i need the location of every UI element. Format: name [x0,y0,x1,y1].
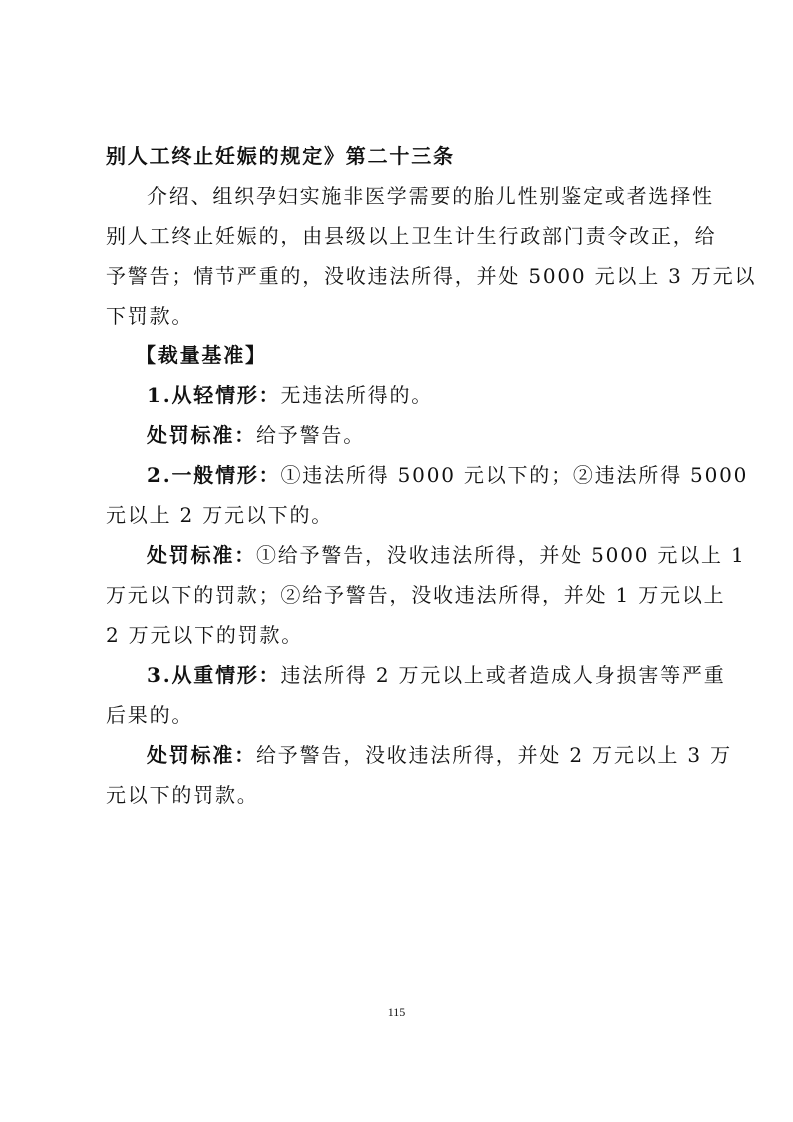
item-label: 3.从重情形： [147,663,280,687]
item-text: 违法所得 2 万元以上或者造成人身损害等严重 [280,663,725,687]
item-2-penalty: 处罚标准：①给予警告，没收违法所得，并处 5000 元以上 1 [147,539,746,571]
article-line: 予警告；情节严重的，没收违法所得，并处 5000 元以上 3 万元以 [106,260,756,292]
article-line: 介绍、组织孕妇实施非医学需要的胎儿性别鉴定或者选择性 [147,180,714,212]
item-label: 1.从轻情形： [147,383,280,407]
heading-continuation: 别人工终止妊娠的规定》第二十三条 [106,140,455,172]
item-3-line: 3.从重情形：违法所得 2 万元以上或者造成人身损害等严重 [147,659,726,691]
item-2-line: 2.一般情形：①违法所得 5000 元以下的；②违法所得 5000 [147,459,748,491]
item-text: 无违法所得的。 [280,383,433,407]
article-line: 下罚款。 [106,300,193,332]
page-number: 115 [0,1005,793,1020]
penalty-text: 元以下的罚款。 [106,779,259,811]
item-text: ①违法所得 5000 元以下的；②违法所得 5000 [280,463,748,487]
penalty-text: 给予警告。 [256,423,365,447]
penalty-text: 2 万元以下的罚款。 [106,619,303,651]
item-text: 后果的。 [106,699,193,731]
penalty-text: 给予警告，没收违法所得，并处 2 万元以上 3 万 [256,743,732,767]
penalty-label: 处罚标准： [147,743,256,767]
item-1-line: 1.从轻情形：无违法所得的。 [147,379,433,411]
penalty-text: ①给予警告，没收违法所得，并处 5000 元以上 1 [256,543,746,567]
item-3-penalty: 处罚标准：给予警告，没收违法所得，并处 2 万元以上 3 万 [147,739,732,771]
penalty-label: 处罚标准： [147,543,256,567]
penalty-label: 处罚标准： [147,423,256,447]
item-label: 2.一般情形： [147,463,280,487]
article-line: 别人工终止妊娠的，由县级以上卫生计生行政部门责令改正，给 [106,220,716,252]
item-1-penalty: 处罚标准：给予警告。 [147,419,365,451]
section-title: 【裁量基准】 [136,339,267,371]
penalty-text: 万元以下的罚款；②给予警告，没收违法所得，并处 1 万元以上 [106,579,725,611]
item-text: 元以上 2 万元以下的。 [106,499,333,531]
